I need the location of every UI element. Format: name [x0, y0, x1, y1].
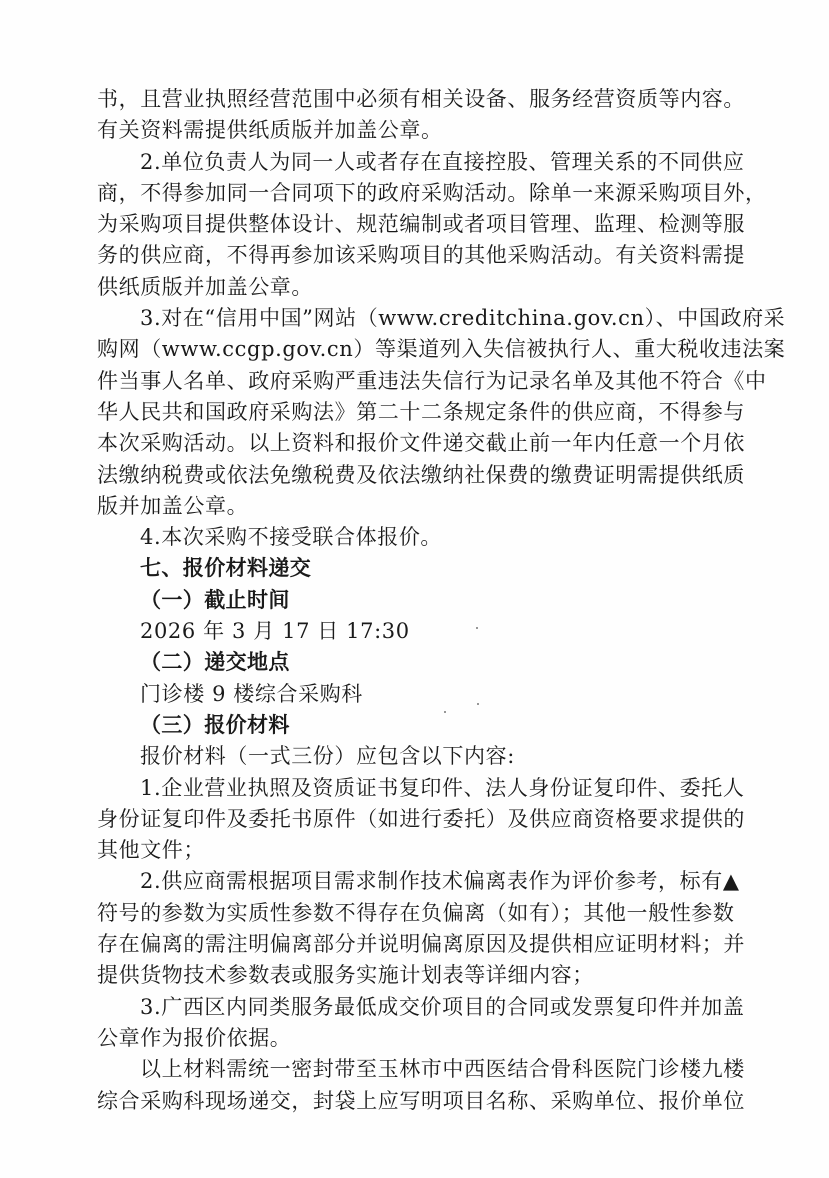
- subsection-heading-materials: （三）报价材料: [97, 710, 747, 741]
- paragraph-line: 公章作为报价依据。: [97, 1023, 747, 1054]
- scan-speck: [476, 627, 478, 629]
- paragraph-line: 件当事人名单、政府采购严重违法失信行为记录名单及其他不符合《中: [97, 366, 747, 397]
- paragraph-line: 2.供应商需根据项目需求制作技术偏离表作为评价参考，标有▲: [97, 866, 747, 897]
- paragraph-line: 供纸质版并加盖公章。: [97, 272, 747, 303]
- paragraph-line: 提供货物技术参数表或服务实施计划表等详细内容；: [97, 960, 747, 991]
- paragraph-line: 存在偏离的需注明偏离部分并说明偏离原因及提供相应证明材料；并: [97, 929, 747, 960]
- paragraph-line: 商，不得参加同一合同项下的政府采购活动。除单一来源采购项目外，: [97, 178, 747, 209]
- paragraph-line: 法缴纳税费或依法免缴税费及依法缴纳社保费的缴费证明需提供纸质: [97, 460, 747, 491]
- paragraph-line: 3.对在“信用中国”网站（www.creditchina.gov.cn）、中国政…: [97, 303, 747, 334]
- deadline-datetime: 2026 年 3 月 17 日 17:30: [97, 616, 747, 647]
- paragraph-line: 3.广西区内同类服务最低成交价项目的合同或发票复印件并加盖: [97, 992, 747, 1023]
- paragraph-line: 为采购项目提供整体设计、规范编制或者项目管理、监理、检测等服: [97, 209, 747, 240]
- subsection-heading-location: （二）递交地点: [97, 647, 747, 678]
- paragraph-line: 4.本次采购不接受联合体报价。: [97, 522, 747, 553]
- paragraph-line: 本次采购活动。以上资料和报价文件递交截止前一年内任意一个月依: [97, 428, 747, 459]
- document-body: 书，且营业执照经营范围中必须有相关设备、服务经营资质等内容。 有关资料需提供纸质…: [97, 84, 747, 1117]
- paragraph-line: 其他文件；: [97, 835, 747, 866]
- paragraph-line: 务的供应商，不得再参加该采购项目的其他采购活动。有关资料需提: [97, 240, 747, 271]
- paragraph-line: 符号的参数为实质性参数不得存在负偏离（如有）；其他一般性参数: [97, 898, 747, 929]
- scanned-document-page: 书，且营业执照经营范围中必须有相关设备、服务经营资质等内容。 有关资料需提供纸质…: [0, 0, 829, 1178]
- paragraph-line: 报价材料（一式三份）应包含以下内容:: [97, 741, 747, 772]
- scan-speck: [477, 703, 479, 705]
- paragraph-line: 综合采购科现场递交，封袋上应写明项目名称、采购单位、报价单位: [97, 1086, 747, 1117]
- section-heading: 七、报价材料递交: [97, 553, 747, 584]
- scan-speck: [444, 711, 446, 713]
- paragraph-line: 2.单位负责人为同一人或者存在直接控股、管理关系的不同供应: [97, 147, 747, 178]
- paragraph-line: 有关资料需提供纸质版并加盖公章。: [97, 115, 747, 146]
- paragraph-line: 华人民共和国政府采购法》第二十二条规定条件的供应商，不得参与: [97, 397, 747, 428]
- paragraph-line: 1.企业营业执照及资质证书复印件、法人身份证复印件、委托人: [97, 773, 747, 804]
- paragraph-line: 身份证复印件及委托书原件（如进行委托）及供应商资格要求提供的: [97, 804, 747, 835]
- submission-location: 门诊楼 9 楼综合采购科: [97, 679, 747, 710]
- paragraph-line: 以上材料需统一密封带至玉林市中西医结合骨科医院门诊楼九楼: [97, 1054, 747, 1085]
- subsection-heading-deadline: （一）截止时间: [97, 585, 747, 616]
- paragraph-line: 购网（www.ccgp.gov.cn）等渠道列入失信被执行人、重大税收违法案: [97, 334, 747, 365]
- paragraph-line: 书，且营业执照经营范围中必须有相关设备、服务经营资质等内容。: [97, 84, 747, 115]
- paragraph-line: 版并加盖公章。: [97, 491, 747, 522]
